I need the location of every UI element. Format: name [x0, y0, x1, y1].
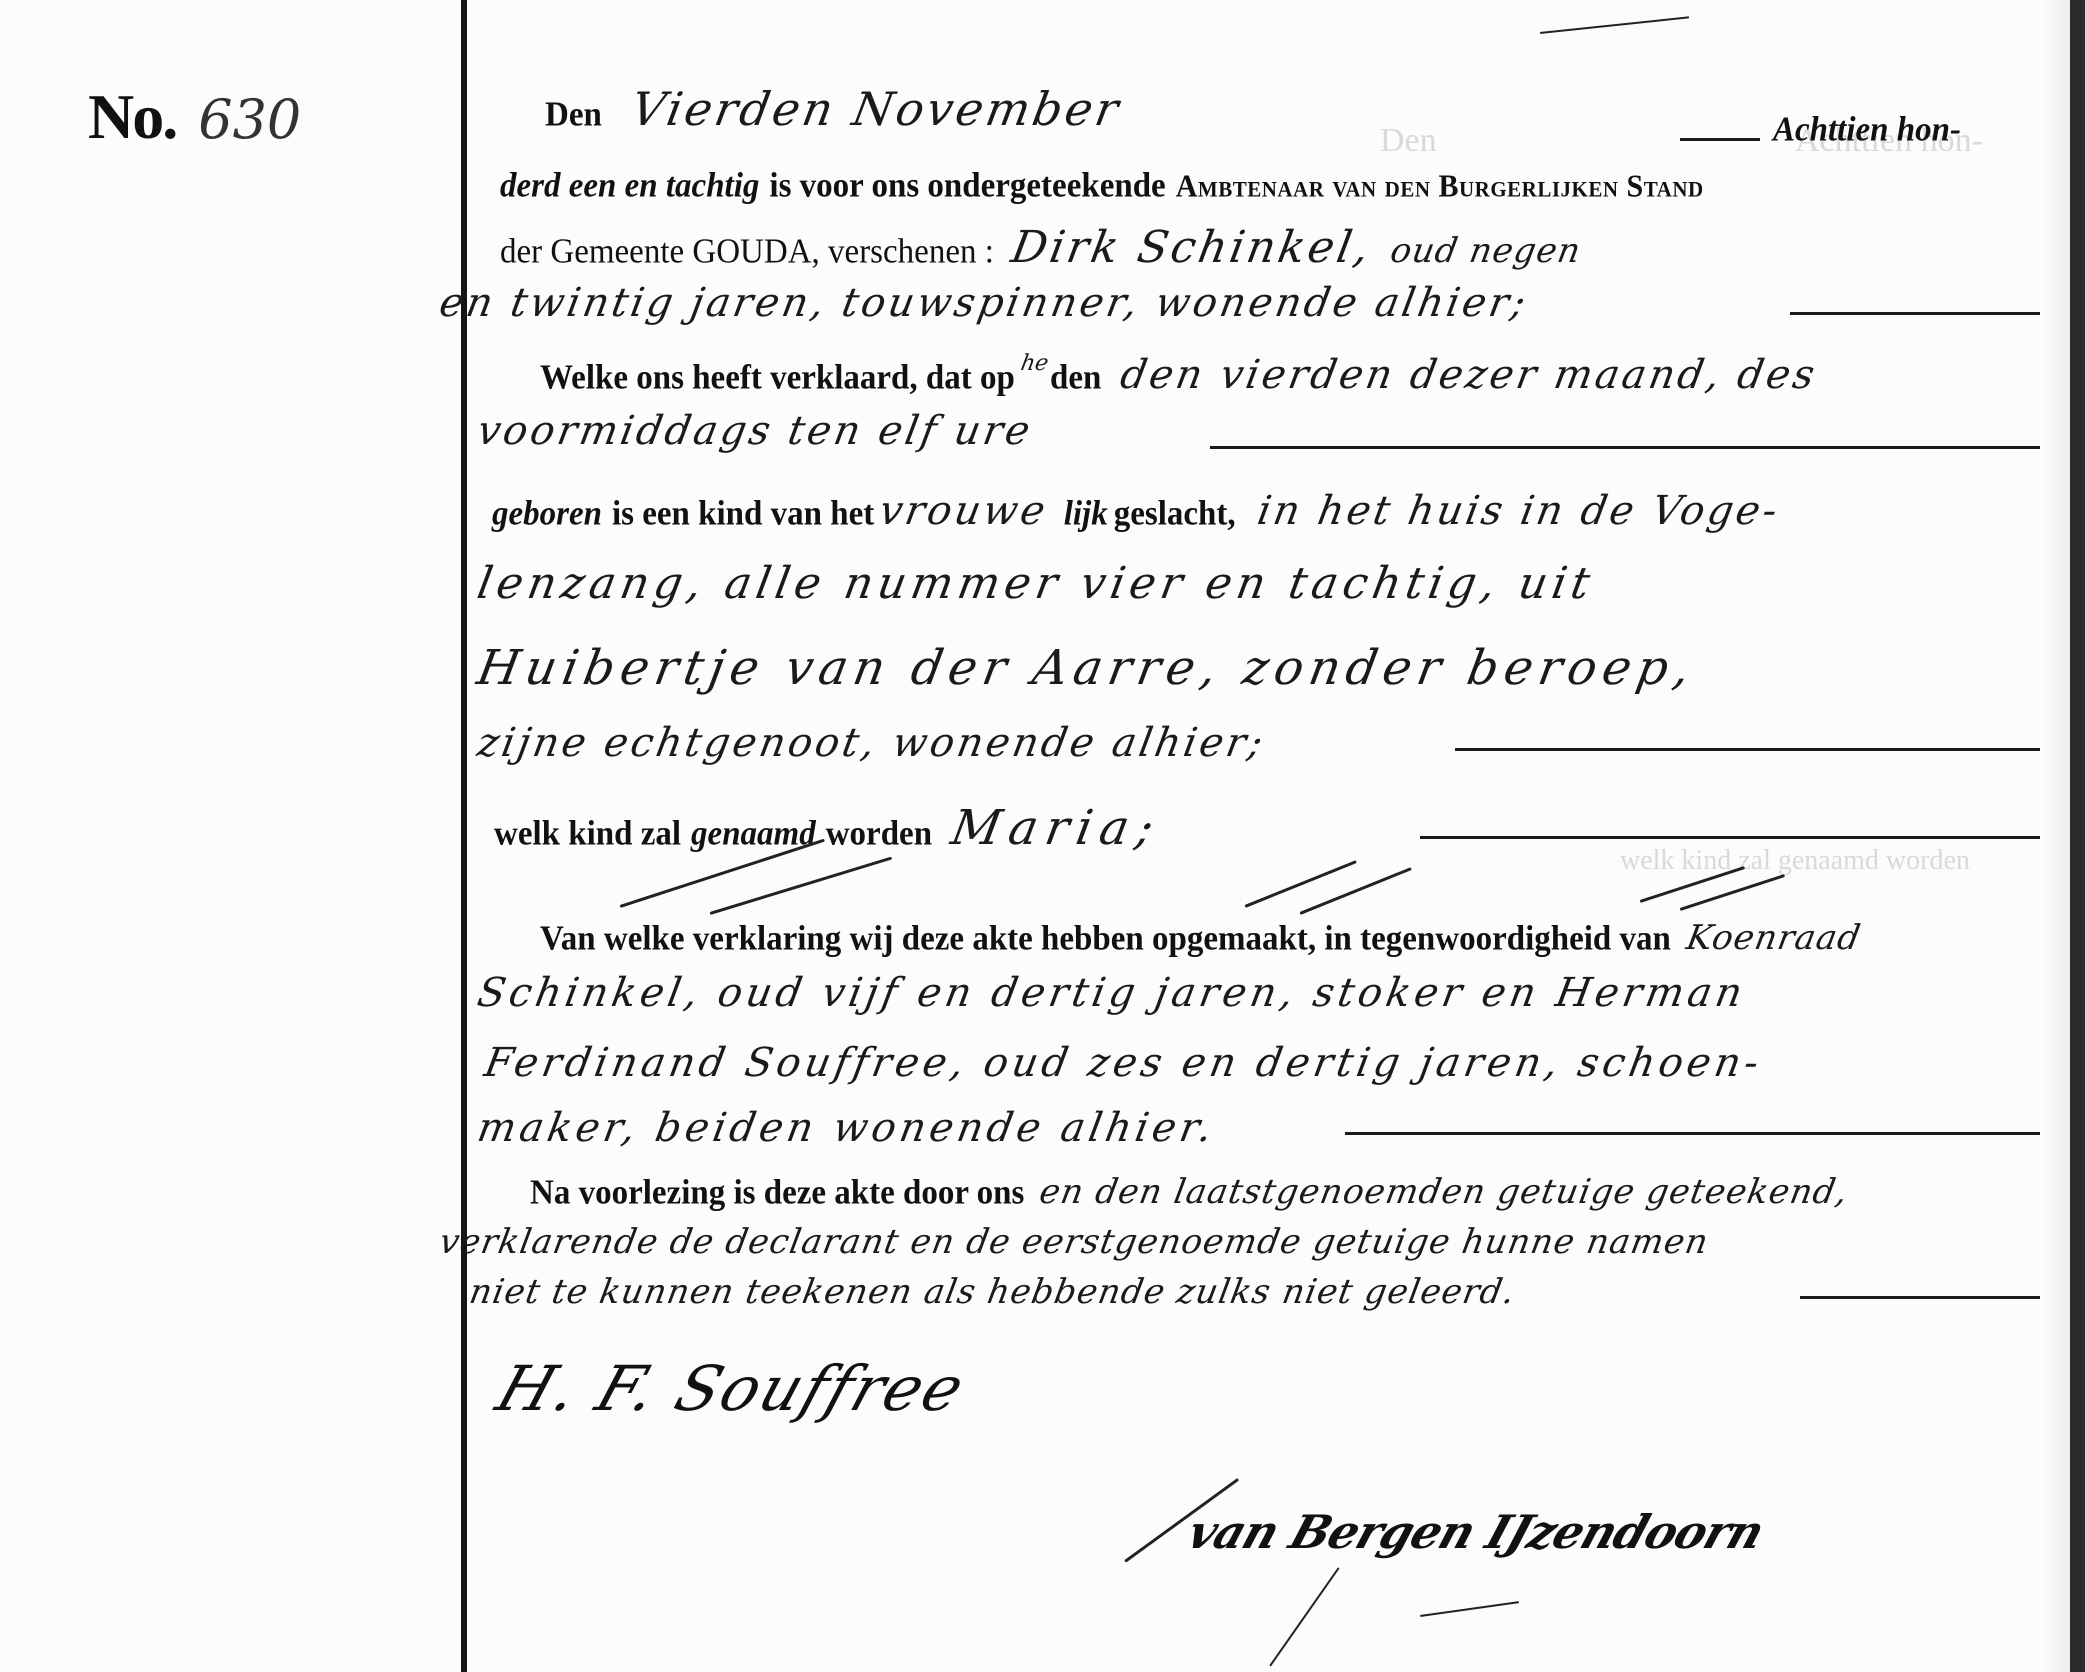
- p6-line2: verklarende de declarant en de eerstgeno…: [440, 1222, 1708, 1262]
- printed-worden: worden: [826, 815, 932, 854]
- printed-den: den: [1050, 359, 1101, 398]
- handwritten-sex: vrouwe: [876, 488, 1052, 534]
- printed-text: is voor ons ondergeteekende: [769, 167, 1165, 206]
- handwritten-signing-note: en den laatstgenoemden getuige geteekend…: [1037, 1172, 1852, 1212]
- handwritten-witness2: Ferdinand Souffree, oud zes en dertig ja…: [481, 1040, 1766, 1086]
- p3-line1: geboren is een kind van het vrouwe lijk …: [492, 488, 1779, 534]
- handwritten-declaration: verklarende de declarant en de eerstgeno…: [436, 1222, 1711, 1262]
- page-edge: [2070, 0, 2085, 1672]
- handwritten-insert: he: [1019, 351, 1051, 376]
- number-label: No.: [88, 80, 176, 154]
- handwritten-mother-status: zijne echtgenoot, wonende alhier;: [474, 720, 1269, 766]
- handwritten-date: Vierden November: [627, 82, 1125, 136]
- printed-text: Van welke verklaring wij deze akte hebbe…: [540, 920, 1671, 959]
- fill-rule: [1345, 1132, 2040, 1135]
- printed-year-cont: derd een en tachtig: [500, 167, 759, 206]
- p1-line1: Den Vierden November: [545, 82, 1121, 136]
- fill-rule: [1800, 1296, 2040, 1299]
- printed-text: is een kind van het: [612, 495, 874, 534]
- p1-line3: der Gemeente GOUDA, verschenen : Dirk Sc…: [500, 222, 1581, 273]
- p1-year-start: Achttien hon-: [1773, 112, 1961, 149]
- cancel-stroke: [710, 857, 893, 915]
- handwritten-witness1: Schinkel, oud vijf en dertig jaren, stok…: [474, 970, 1750, 1016]
- handwritten-mother: Huibertje van der Aarre, zonder beroep,: [473, 640, 1700, 696]
- printed-den: Den: [545, 96, 602, 135]
- decorative-stroke: [1540, 16, 1689, 34]
- p5-line1: Van welke verklaring wij deze akte hebbe…: [540, 918, 1860, 958]
- handwritten-age: oud negen: [1388, 231, 1585, 271]
- printed-text: welk kind zal: [494, 815, 681, 854]
- printed-official-title: Ambtenaar van den Burgerlijken Stand: [1176, 169, 1704, 205]
- handwritten-birth-date: den vierden dezer maand, des: [1117, 352, 1821, 398]
- p4-line1: welk kind zal genaamd worden Maria;: [494, 800, 1161, 856]
- printed-geboren: geboren: [492, 495, 602, 534]
- number-value: 630: [198, 88, 301, 151]
- printed-text: Welke ons heeft verklaard, dat op: [540, 359, 1015, 398]
- printed-lijk: lijk: [1064, 495, 1108, 534]
- p3-line4: zijne echtgenoot, wonende alhier;: [478, 720, 1265, 766]
- handwritten-illiteracy-note: niet te kunnen teekenen als hebbende zul…: [466, 1272, 1518, 1312]
- printed-municipality: der Gemeente GOUDA, verschenen :: [500, 233, 994, 272]
- handwritten-occupation: en twintig jaren, touwspinner, wonende a…: [436, 280, 1532, 326]
- p5-line4: maker, beiden wonende alhier.: [478, 1105, 1215, 1151]
- p1-line2: derd een en tachtig is voor ons onderget…: [500, 168, 1704, 205]
- handwritten-address: lenzang, alle nummer vier en tachtig, ui…: [474, 558, 1599, 609]
- fill-rule: [1210, 446, 2040, 449]
- fill-rule: [1680, 138, 1760, 141]
- handwritten-birth-time: voormiddags ten elf ure: [474, 408, 1036, 454]
- fill-rule: [1790, 312, 2040, 315]
- signature-witness: H. F. Souffree: [488, 1352, 975, 1425]
- p2-line1: Welke ons heeft verklaard, dat op he den…: [540, 352, 1817, 398]
- fill-rule: [1455, 748, 2040, 751]
- p5-line3: Ferdinand Souffree, oud zes en dertig ja…: [485, 1040, 1762, 1086]
- handwritten-child-name: Maria;: [947, 800, 1166, 856]
- signature-stroke: [1269, 1567, 1339, 1666]
- record-number: No. 630: [88, 80, 301, 154]
- handwritten-witness-residence: maker, beiden wonende alhier.: [474, 1105, 1220, 1151]
- p6-line3: niet te kunnen teekenen als hebbende zul…: [470, 1272, 1515, 1312]
- margin-rule: [461, 0, 467, 1672]
- signature-flourish: [1420, 1601, 1519, 1617]
- p6-line1: Na voorlezing is deze akte door ons en d…: [530, 1172, 1848, 1212]
- p3-line3: Huibertje van der Aarre, zonder beroep,: [478, 640, 1695, 696]
- fill-rule: [1420, 836, 2040, 839]
- page-edge-shadow: [2040, 0, 2070, 1672]
- p2-line2: voormiddags ten elf ure: [478, 408, 1032, 454]
- cancel-stroke: [1299, 867, 1411, 915]
- bleedthrough-text: Den: [1380, 122, 1437, 160]
- p5-line2: Schinkel, oud vijf en dertig jaren, stok…: [478, 970, 1746, 1016]
- printed-year-start: Achttien hon-: [1773, 111, 1961, 150]
- bleedthrough-text: welk kind zal genaamd worden: [1620, 845, 1970, 877]
- cancel-stroke: [1680, 874, 1786, 911]
- document-page: Den Achttien hon- welk kind zal genaamd …: [0, 0, 2085, 1672]
- p1-line4: en twintig jaren, touwspinner, wonende a…: [440, 280, 1528, 326]
- handwritten-witness1-first: Koenraad: [1683, 918, 1864, 958]
- p3-line2: lenzang, alle nummer vier en tachtig, ui…: [478, 558, 1594, 609]
- printed-geslacht: geslacht,: [1114, 495, 1236, 534]
- handwritten-declarant: Dirk Schinkel,: [1007, 222, 1375, 273]
- handwritten-place: in het huis in de Voge-: [1254, 488, 1784, 534]
- signature-official: van Bergen IJzendoorn: [1181, 1505, 1770, 1559]
- cancel-stroke: [1244, 860, 1356, 908]
- printed-text: Na voorlezing is deze akte door ons: [530, 1174, 1024, 1213]
